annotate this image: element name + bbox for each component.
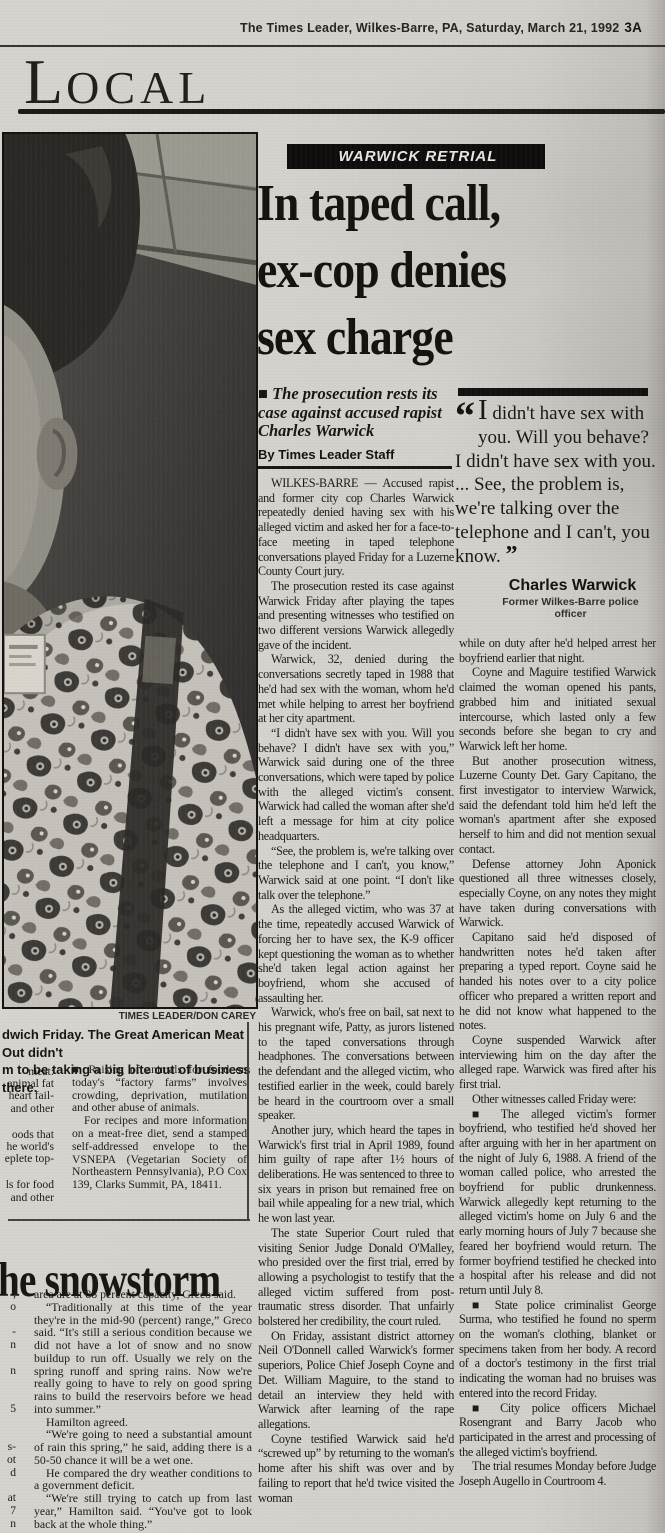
main-headline: In taped call,ex-cop deniessex charge (257, 170, 657, 371)
paragraph: Defense attorney John Aponick questioned… (459, 857, 656, 931)
paragraph: Coyne suspended Warwick after interviewi… (459, 1033, 656, 1092)
headline-line: ex-cop denies (257, 237, 609, 304)
page-number: 3A (624, 20, 642, 35)
cropped-text-fragment: eplete top- (0, 1153, 54, 1165)
paragraph: while on duty after he'd helped arrest h… (459, 636, 656, 665)
cropped-text-fragment: and other (0, 1103, 54, 1115)
snowstorm-text: area are at 88 percent capacity, Greco s… (34, 1288, 252, 1530)
caption-line: dwich Friday. The Great American Meat Ou… (2, 1026, 258, 1061)
cropped-text-fragment: n (0, 1365, 16, 1378)
pull-quote: “ I didn't have sex with you. Will you b… (455, 399, 656, 620)
cropped-text-fragment: n (0, 1339, 16, 1352)
byline: By Times Leader Staff (258, 447, 394, 462)
paragraph: “See, the problem is, we're talking over… (258, 844, 454, 903)
cropped-text-fragment: 7 (0, 1505, 16, 1518)
paragraph: “Traditionally at this time of the year … (34, 1301, 252, 1416)
cropped-text-fragment: and other (0, 1192, 54, 1204)
paragraph: But another prosecution witness, Luzerne… (459, 754, 656, 857)
photo-illustration (4, 134, 256, 1007)
cropped-text-fragment: d (0, 1467, 16, 1480)
paragraph: For recipes and more information on a me… (72, 1115, 247, 1192)
cropped-text-fragment (0, 1390, 16, 1403)
pull-quote-attribution: Charles Warwick (455, 577, 656, 595)
paragraph: The state Superior Court ruled that visi… (258, 1226, 454, 1329)
paragraph: The trial resumes Monday before Judge Jo… (459, 1459, 656, 1488)
section-rule (18, 109, 665, 114)
cropped-text-fragment: o (0, 1301, 16, 1314)
paragraph: The prosecution rested its case against … (258, 579, 454, 653)
paragraph: ■ City police officers Michael Rosengran… (459, 1401, 656, 1460)
paragraph: WILKES-BARRE — Accused rapist and former… (258, 476, 454, 579)
pull-quote-role: Former Wilkes-Barre police officer (455, 596, 656, 620)
cropped-text-fragment: at (0, 1492, 16, 1505)
pull-quote-body: I didn't have sex with you. Will you beh… (455, 403, 656, 567)
section-header-local: LOCAL (24, 50, 211, 114)
newspaper-page: The Times Leader, Wilkes-Barre, PA, Satu… (0, 0, 665, 1533)
cropped-text-fragment (0, 1377, 16, 1390)
paragraph: “We're still trying to catch up from las… (34, 1492, 252, 1530)
article-box-border-right (247, 1022, 249, 1220)
photo-credit: TIMES LEADER/DON CAREY (40, 1011, 256, 1022)
paragraph: Other witnesses called Friday were: (459, 1092, 656, 1107)
paragraph: “I didn't have sex with you. Will you be… (258, 726, 454, 844)
paragraph: area are at 88 percent capacity, Greco s… (34, 1288, 252, 1301)
headline-line: In taped call, (257, 170, 609, 237)
headline-line: sex charge (257, 304, 609, 371)
paragraph: On Friday, assistant district attorney N… (258, 1329, 454, 1432)
masthead-title: The Times Leader, Wilkes-Barre, PA, Satu… (240, 21, 619, 35)
snowstorm-left-fragments: ,o-nn5s-otdat7n (0, 1288, 16, 1530)
paragraph: ■ Raising of animals for food on today's… (72, 1064, 247, 1115)
cropped-text-fragment: , (0, 1288, 16, 1301)
close-quote-mark: ” (506, 542, 518, 568)
paragraph: ■ State police criminalist George Surma,… (459, 1298, 656, 1401)
meat-article-text: ■ Raising of animals for food on today's… (72, 1064, 247, 1192)
paragraph: Capitano said he'd disposed of handwritt… (459, 930, 656, 1033)
paragraph: As the alleged victim, who was 37 at the… (258, 902, 454, 1005)
meat-article-left-fragments: meat:animal fatheart fail-and otheroods … (0, 1066, 54, 1204)
paragraph: He compared the dry weather conditions t… (34, 1467, 252, 1493)
paragraph: Warwick, who's free on bail, sat next to… (258, 1005, 454, 1123)
kicker-banner: WARWICK RETRIAL (287, 144, 545, 169)
article-column-1: WILKES-BARRE — Accused rapist and former… (258, 476, 454, 1533)
cropped-text-fragment: s- (0, 1441, 16, 1454)
section-label: OCAL (66, 62, 211, 113)
paragraph: Coyne and Maguire testified Warwick clai… (459, 665, 656, 753)
article-column-2: while on duty after he'd helped arrest h… (459, 636, 656, 1533)
paragraph: ■ The alleged victim's former boyfriend,… (459, 1107, 656, 1298)
paragraph: Another jury, which heard the tapes in W… (258, 1123, 454, 1226)
cropped-text-fragment (0, 1416, 16, 1429)
masthead: The Times Leader, Wilkes-Barre, PA, Satu… (240, 20, 660, 35)
masthead-rule (0, 45, 665, 47)
paragraph: Coyne testified Warwick said he'd “screw… (258, 1432, 454, 1506)
paragraph: “We're going to need a substantial amoun… (34, 1428, 252, 1466)
cropped-text-fragment: ls for food (0, 1179, 54, 1191)
byline-rule (258, 466, 452, 469)
open-quote-mark: “ (455, 405, 475, 427)
paragraph: Warwick, 32, denied during the conversat… (258, 652, 454, 726)
cropped-text-fragment: 5 (0, 1403, 16, 1416)
news-photo (2, 132, 258, 1009)
pull-quote-text: I didn't have sex with you. Will you beh… (455, 399, 656, 569)
cropped-text-fragment: heart fail- (0, 1090, 54, 1102)
section-initial: L (24, 46, 66, 117)
cropped-text-fragment: n (0, 1518, 16, 1531)
deck: ■ The prosecution rests its case against… (258, 385, 456, 441)
cropped-text-fragment (0, 1352, 16, 1365)
article-box-border-bottom (8, 1219, 250, 1221)
cropped-text-fragment: ot (0, 1454, 16, 1467)
